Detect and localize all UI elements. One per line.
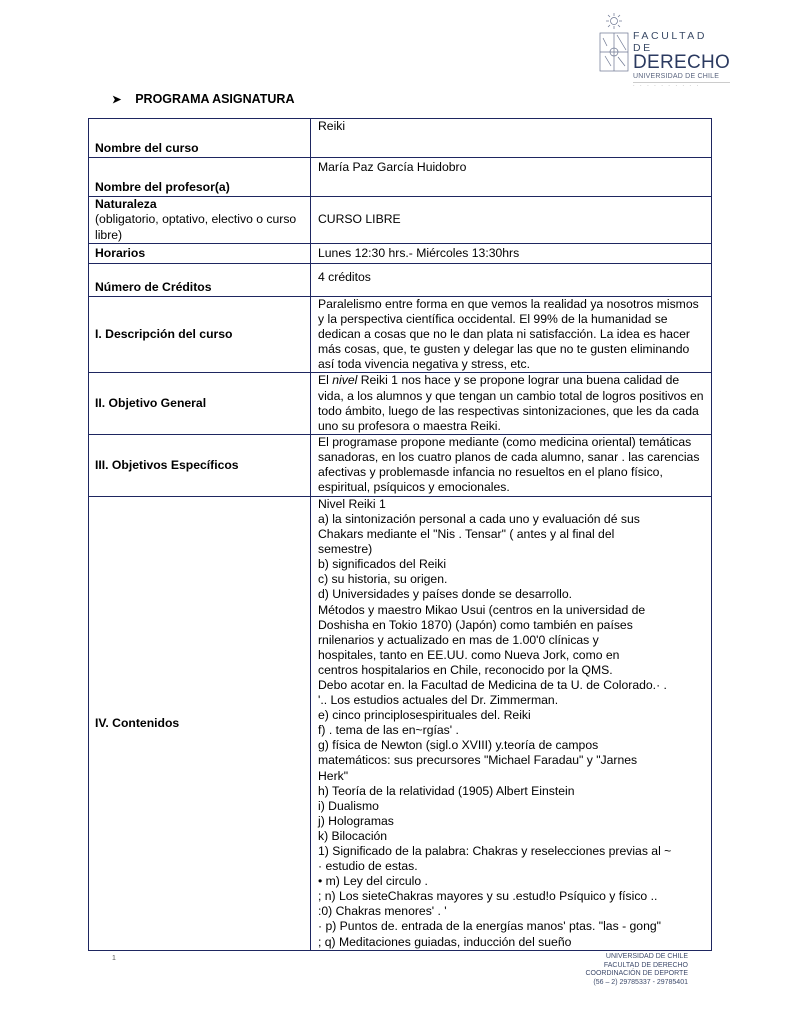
row-course-name: Nombre del curso Reiki [89,119,712,158]
contents-line: g) física de Newton (sigl.o XVIII) y.teo… [318,738,707,753]
contents-line: Nivel Reiki 1 [318,497,707,512]
contents-line: semestre) [318,542,707,557]
general-objective-pre: El [318,373,332,387]
contents-line: · p) Puntos de. entrada de la energías m… [318,919,707,934]
page-number: 1 [112,955,116,962]
contents-line: ; n) Los sieteChakras mayores y su .estu… [318,889,707,904]
row-general-objective: II. Objetivo General El nivel Reiki 1 no… [89,373,712,434]
contents-line: Chakars mediante el "Nis . Tensar" ( ant… [318,527,707,542]
contents-line: :0) Chakras menores' . ' [318,904,707,919]
faculty-logo: FACULTAD DE DERECHO UNIVERSIDAD DE CHILE… [597,12,727,78]
contents-line: e) cinco principlosespirituales del. Rei… [318,708,707,723]
row-description: I. Descripción del curso Paralelismo ent… [89,297,712,373]
footer-line-university: UNIVERSIDAD DE CHILE [585,953,688,962]
contents-line: f) . tema de las en~rgías' . [318,723,707,738]
specific-objectives-value: El programase propone mediante (como med… [311,434,712,496]
contents-line: 1) Significado de la palabra: Chakras y … [318,844,707,859]
contents-line: a) la sintonización personal a cada uno … [318,512,707,527]
contents-line: i) Dualismo [318,799,707,814]
general-objective-value: El nivel Reiki 1 nos hace y se propone l… [311,373,712,434]
row-nature: Naturaleza (obligatorio, optativo, elect… [89,197,712,244]
section-heading: ➤ PROGRAMA ASIGNATURA [112,92,294,106]
contents-line: • m) Ley del circulo . [318,874,707,889]
contents-line: '.. Los estudios actuales del Dr. Zimmer… [318,693,707,708]
course-name-label: Nombre del curso [89,119,311,158]
schedule-label: Horarios [89,244,311,264]
description-value: Paralelismo entre forma en que vemos la … [311,297,712,373]
description-label: I. Descripción del curso [89,297,311,373]
contents-line: matemáticos: sus precursores "Michael Fa… [318,753,707,768]
professor-label: Nombre del profesor(a) [89,158,311,197]
row-specific-objectives: III. Objetivos Específicos El programase… [89,434,712,496]
specific-objectives-label: III. Objetivos Específicos [89,434,311,496]
contents-line: ; q) Meditaciones guiadas, inducción del… [318,935,707,950]
nature-label-title: Naturaleza [95,197,306,212]
credits-value: 4 créditos [311,264,712,297]
row-contents: IV. Contenidos Nivel Reiki 1a) la sinton… [89,496,712,950]
professor-value: María Paz García Huidobro [311,158,712,197]
nature-value: CURSO LIBRE [311,197,712,244]
contents-value: Nivel Reiki 1a) la sintonización persona… [311,496,712,950]
general-objective-post: Reiki 1 nos hace y se propone lograr una… [318,373,704,432]
program-table: Nombre del curso Reiki Nombre del profes… [88,118,712,951]
footer-line-department: COORDINACIÓN DE DEPORTE [585,970,688,979]
nature-label-options: (obligatorio, optativo, electivo o curso… [95,212,306,242]
row-schedule: Horarios Lunes 12:30 hrs.- Miércoles 13:… [89,244,712,264]
contents-line: Métodos y maestro Mikao Usui (centros en… [318,603,707,618]
contents-line: j) Hologramas [318,814,707,829]
contents-line: Debo acotar en. la Facultad de Medicina … [318,678,707,693]
nature-label: Naturaleza (obligatorio, optativo, elect… [89,197,311,244]
contents-line: centros hospitalarios en Chile, reconoci… [318,663,707,678]
contents-line: b) significados del Reiki [318,557,707,572]
arrow-bullet-icon: ➤ [112,93,121,106]
credits-label: Número de Créditos [89,264,311,297]
section-title: PROGRAMA ASIGNATURA [135,92,294,106]
contents-line: Doshisha en Tokio 1870) (Japón) como tam… [318,618,707,633]
row-credits: Número de Créditos 4 créditos [89,264,712,297]
contents-line: h) Teoría de la relatividad (1905) Alber… [318,784,707,799]
contents-line: · estudio de estas. [318,859,707,874]
contents-line: d) Universidades y países donde se desar… [318,587,707,602]
university-crest-icon [597,12,631,78]
logo-line-faculty: FACULTAD DE [633,30,730,54]
row-professor: Nombre del profesor(a) María Paz García … [89,158,712,197]
logo-line-derecho: DERECHO [633,54,730,72]
footer-address: UNIVERSIDAD DE CHILE FACULTAD DE DERECHO… [585,953,688,987]
schedule-value: Lunes 12:30 hrs.- Miércoles 13:30hrs [311,244,712,264]
general-objective-italic: nivel [332,373,357,387]
general-objective-label: II. Objetivo General [89,373,311,434]
contents-line: rnilenarios y actualizado en mas de 1.00… [318,633,707,648]
contents-line: c) su historia, su origen. [318,572,707,587]
logo-line-university: UNIVERSIDAD DE CHILE [633,72,730,81]
logo-line-motto: · · · · · · · · · · [633,82,730,90]
contents-line: hospitales, tanto en EE.UU. como Nueva J… [318,648,707,663]
contents-line: k) Bilocación [318,829,707,844]
contents-label: IV. Contenidos [89,496,311,950]
footer-line-faculty: FACULTAD DE DERECHO [585,962,688,971]
contents-line: Herk" [318,769,707,784]
course-name-value: Reiki [311,119,712,158]
footer-line-phone: (56 – 2) 29785337 - 29785401 [585,979,688,988]
